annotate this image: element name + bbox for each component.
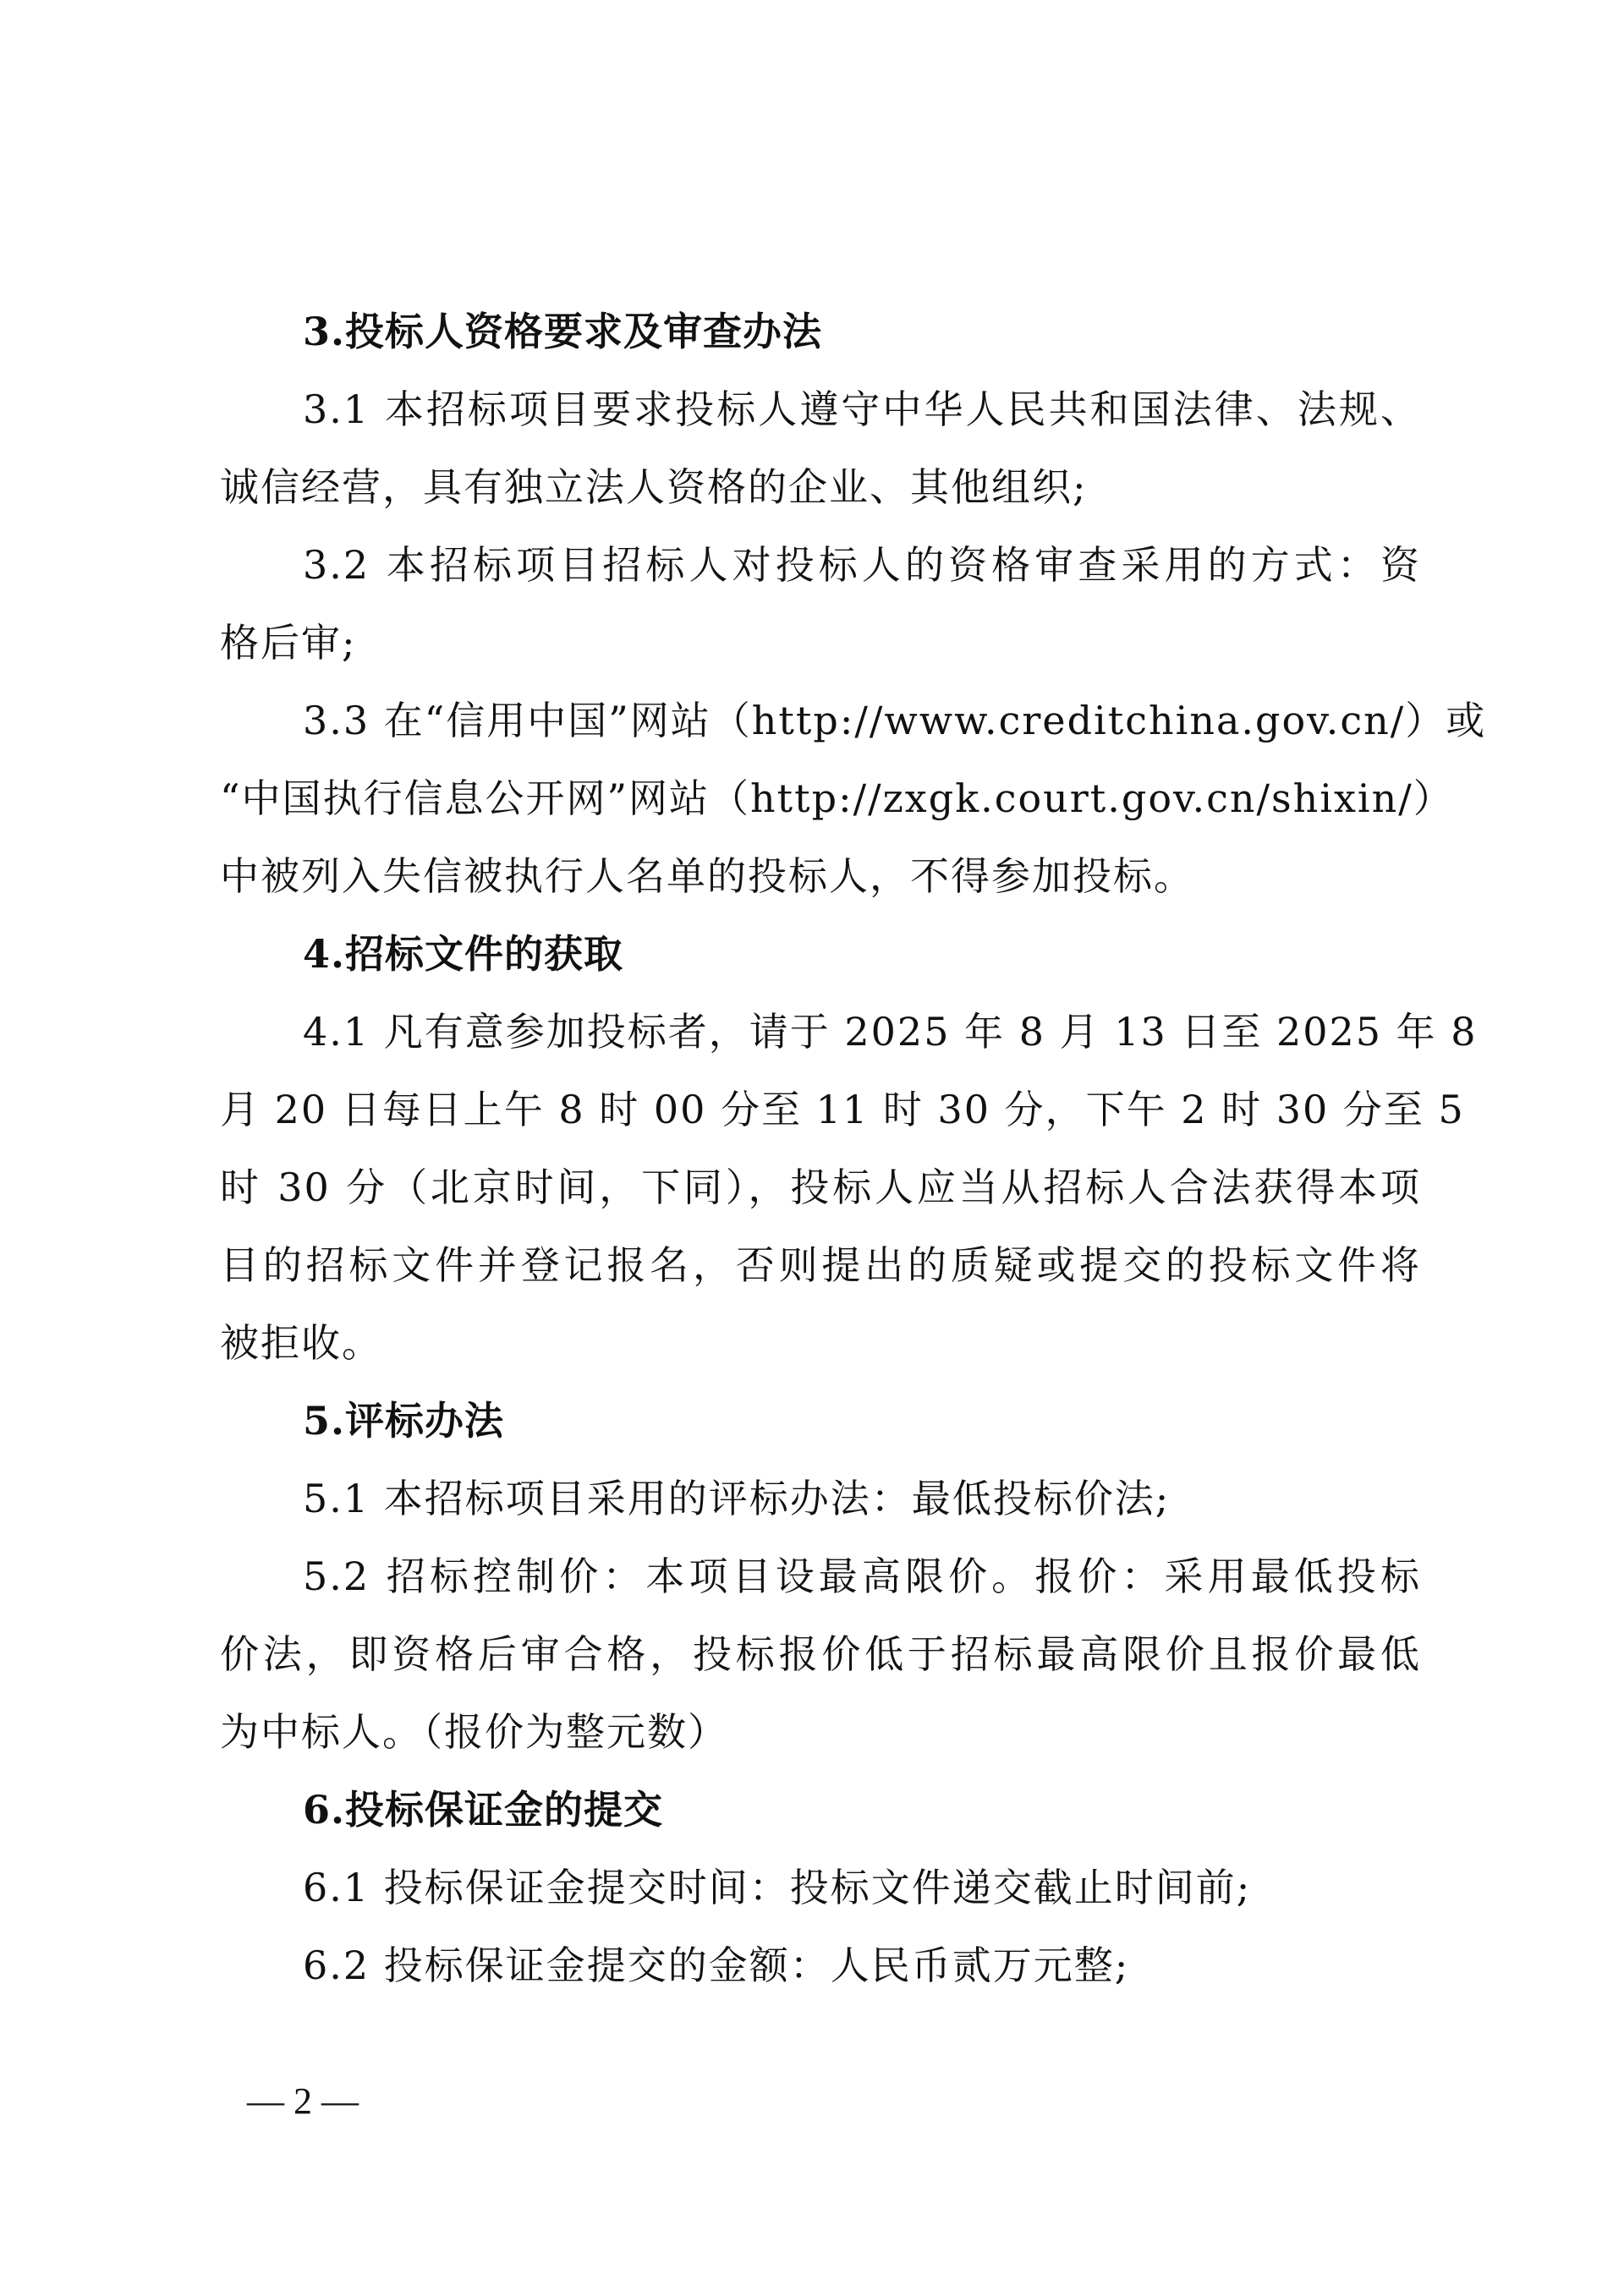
paragraph-line: 6.1 投标保证金提交时间：投标文件递交截止时间前; <box>303 1862 1421 1913</box>
paragraph-line: 诚信经营，具有独立法人资格的企业、其他组织; <box>220 462 1421 512</box>
section-heading-5: 5.评标办法 <box>303 1395 1421 1446</box>
paragraph-line: 4.1 凡有意参加投标者，请于 2025 年 8 月 13 日至 2025 年 … <box>303 1006 1421 1057</box>
paragraph-line: 月 20 日每日上午 8 时 00 分至 11 时 30 分，下午 2 时 30… <box>220 1084 1421 1135</box>
paragraph-line: 格后审; <box>220 617 1421 668</box>
paragraph-line: 3.3 在“信用中国”网站（http://www.creditchina.gov… <box>303 695 1421 746</box>
paragraph-line: 中被列入失信被执行人名单的投标人，不得参加投标。 <box>220 851 1421 901</box>
section-heading-6: 6.投标保证金的提交 <box>303 1784 1421 1835</box>
paragraph-line: 价法，即资格后审合格，投标报价低于招标最高限价且报价最低 <box>220 1629 1421 1680</box>
document-page: 3.投标人资格要求及审查办法 3.1 本招标项目要求投标人遵守中华人民共和国法律… <box>0 0 1624 2296</box>
section-heading-3: 3.投标人资格要求及审查办法 <box>303 306 1421 357</box>
paragraph-line: 为中标人。（报价为整元数） <box>220 1707 1421 1757</box>
paragraph-line: 3.1 本招标项目要求投标人遵守中华人民共和国法律、法规、 <box>303 384 1421 435</box>
page-number: — 2 — <box>247 2076 359 2127</box>
paragraph-line: 3.2 本招标项目招标人对投标人的资格审查采用的方式：资 <box>303 540 1421 590</box>
paragraph-line: 5.2 招标控制价：本项目设最高限价。报价：采用最低投标 <box>303 1551 1421 1602</box>
paragraph-line: “中国执行信息公开网”网站（http://zxgk.court.gov.cn/s… <box>220 773 1421 824</box>
paragraph-line: 5.1 本招标项目采用的评标办法：最低投标价法; <box>303 1473 1421 1524</box>
paragraph-line: 时 30 分（北京时间，下同），投标人应当从招标人合法获得本项 <box>220 1162 1421 1213</box>
paragraph-line: 被拒收。 <box>220 1318 1421 1368</box>
paragraph-line: 6.2 投标保证金提交的金额：人民币贰万元整; <box>303 1940 1421 1991</box>
paragraph-line: 目的招标文件并登记报名，否则提出的质疑或提交的投标文件将 <box>220 1240 1421 1290</box>
section-heading-4: 4.招标文件的获取 <box>303 929 1421 979</box>
